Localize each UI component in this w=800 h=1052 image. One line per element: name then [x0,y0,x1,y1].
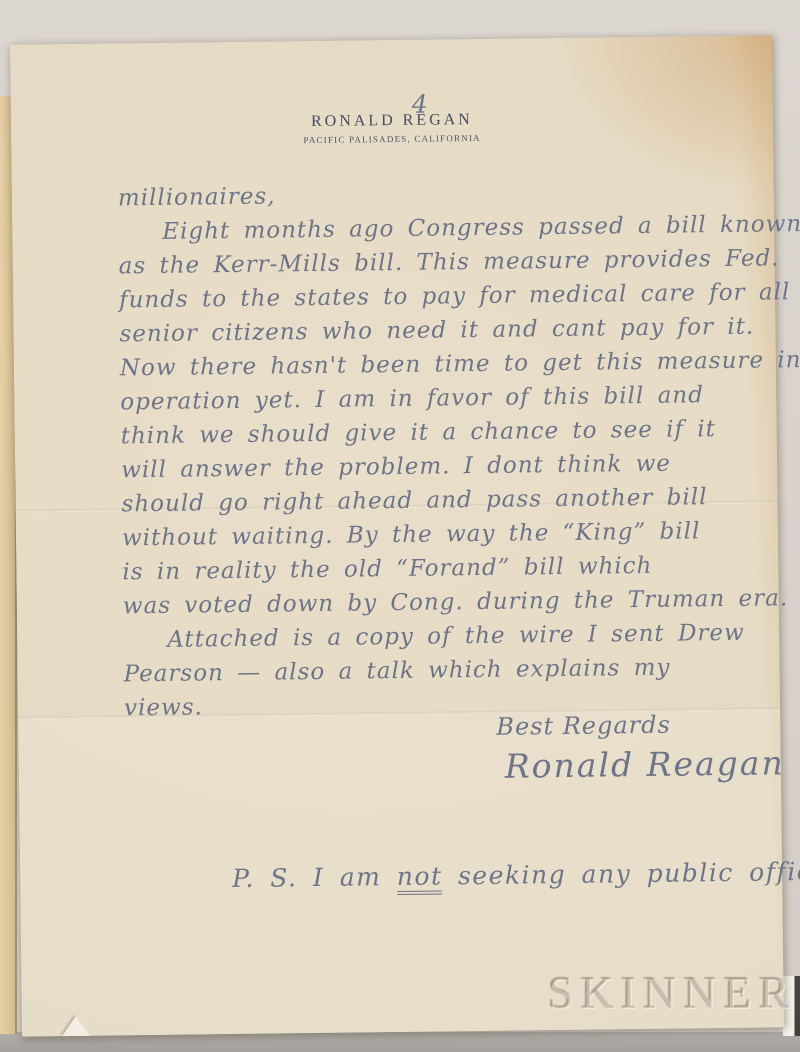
page-number: 4 [412,90,428,119]
closing-line: Best Regards [496,711,671,741]
letter-page: 4 RONALD REGAN PACIFIC PALISADES, CALIFO… [10,35,784,1036]
letter-body: millionaires, Eight months ago Congress … [118,173,800,726]
skinner-watermark: SKINNER [548,966,796,1019]
letterhead: 4 RONALD REGAN PACIFIC PALISADES, CALIFO… [11,107,773,148]
postscript-suffix: seeking any public office [442,857,800,891]
signature: Ronald Reagan [505,743,785,785]
postscript-underlined-word: not [397,861,443,895]
folded-corner [62,1016,90,1036]
postscript-prefix: P. S. I am [232,862,397,893]
auction-photo: 4 RONALD REGAN PACIFIC PALISADES, CALIFO… [0,0,800,1052]
